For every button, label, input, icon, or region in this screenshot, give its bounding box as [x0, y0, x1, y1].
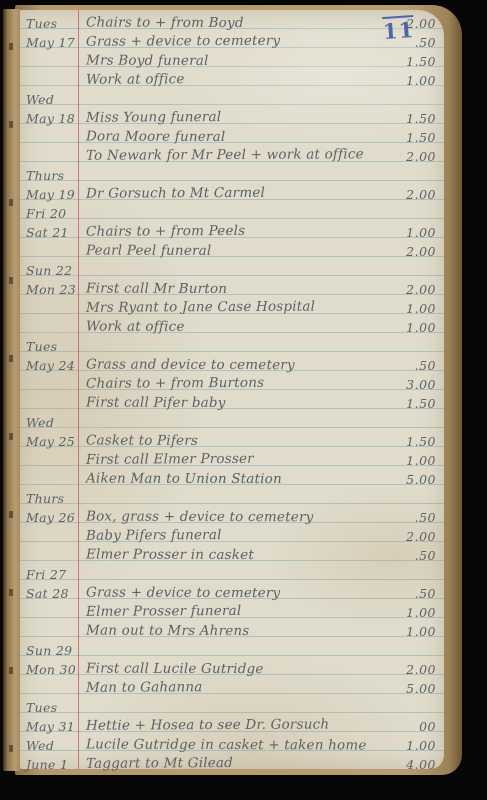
entry-date-label: May 25	[20, 434, 76, 449]
entry-amount: 1.50	[388, 111, 444, 126]
entry-description: Chairs to + from Peels	[76, 222, 388, 240]
ledger-row: Mon 23 First call Mr Burton 2.00	[20, 278, 444, 297]
entry-amount: 1.00	[388, 225, 444, 240]
entry-amount: 3.00	[388, 377, 444, 392]
ledger-row: Sun 22	[20, 259, 444, 278]
entry-date-label: Tues	[20, 700, 76, 715]
entry-amount: 1.00	[388, 605, 444, 620]
entry-date-label: Sun 22	[20, 263, 76, 278]
ledger-row: Man to Gahanna 5.00	[20, 677, 444, 696]
ledger-row: May 24 Grass and device to cemetery .50	[20, 354, 444, 373]
book-binding-edge	[3, 9, 20, 771]
entry-date-label: Sun 29	[20, 643, 76, 658]
entry-date-label: Sat 28	[20, 586, 76, 601]
ledger-row: Work at office 1.00	[20, 316, 444, 335]
ledger-row: Baby Pifers funeral 2.00	[20, 525, 444, 544]
ledger-row: First call Pifer baby 1.50	[20, 392, 444, 411]
ledger-row: Work at office 1.00	[20, 69, 444, 88]
entry-date-label: Thurs	[20, 491, 76, 506]
entry-amount: 5.00	[388, 681, 444, 696]
entry-description: Man out to Mrs Ahrens	[76, 622, 388, 639]
entry-date-label: June 1	[20, 757, 76, 772]
ledger-row: Tues Chairs to + from Boyd 2.00	[20, 12, 444, 31]
ledger-entries: Tues Chairs to + from Boyd 2.00 May 17 G…	[20, 12, 444, 772]
entry-date-label: Wed	[20, 738, 76, 753]
ledger-row: Wed Lucile Gutridge in casket + taken ho…	[20, 734, 444, 753]
entry-description: Pearl Peel funeral	[76, 242, 388, 259]
ledger-row: May 25 Casket to Pifers 1.50	[20, 430, 444, 449]
ledger-row: Fri 27	[20, 563, 444, 582]
entry-date-label: May 18	[20, 111, 76, 126]
ledger-row: June 1 Taggart to Mt Gilead 4.00	[20, 753, 444, 772]
entry-description: First call Mr Burton	[76, 280, 388, 297]
ledger-row: Mrs Boyd funeral 1.50	[20, 50, 444, 69]
entry-date-label: Fri 20	[20, 206, 76, 221]
entry-description: Mrs Ryant to Jane Case Hospital	[76, 298, 388, 316]
entry-amount: 1.50	[388, 396, 444, 411]
entry-date-label: May 17	[20, 35, 76, 50]
ledger-row: Thurs	[20, 487, 444, 506]
entry-description: Dr Gorsuch to Mt Carmel	[76, 184, 388, 202]
entry-amount: .50	[388, 586, 444, 601]
entry-description: Taggart to Mt Gilead	[76, 754, 388, 772]
ledger-row: Wed	[20, 88, 444, 107]
ledger-row: Tues	[20, 696, 444, 715]
ledger-row: Sat 21 Chairs to + from Peels 1.00	[20, 221, 444, 240]
entry-amount: 1.00	[388, 624, 444, 639]
entry-description: Work at office	[76, 318, 388, 335]
entry-date-label: May 19	[20, 187, 76, 202]
entry-date-label: Wed	[20, 92, 76, 107]
ledger-page: 11 Tues Chairs to + from Boyd 2.00 May 1…	[20, 10, 444, 769]
entry-date-label: Thurs	[20, 168, 76, 183]
entry-description: First call Elmer Prosser	[76, 450, 388, 468]
ledger-row: Wed	[20, 411, 444, 430]
entry-amount: 1.00	[388, 320, 444, 335]
entry-amount: 00	[388, 719, 444, 734]
ledger-row: May 19 Dr Gorsuch to Mt Carmel 2.00	[20, 183, 444, 202]
entry-description: Lucile Gutridge in casket + taken home	[76, 736, 388, 753]
entry-amount: 1.50	[388, 54, 444, 69]
ledger-row: Chairs to + from Burtons 3.00	[20, 373, 444, 392]
entry-amount: .50	[388, 510, 444, 525]
entry-amount: 2.00	[388, 244, 444, 259]
entry-amount: 2.00	[388, 187, 444, 202]
entry-date-label: Fri 27	[20, 567, 76, 582]
ledger-row: May 31 Hettie + Hosea to see Dr. Gorsuch…	[20, 715, 444, 734]
ledger-row: Tues	[20, 335, 444, 354]
entry-date-label: Tues	[20, 16, 76, 31]
ledger-row: Elmer Prosser funeral 1.00	[20, 601, 444, 620]
entry-date-label: Mon 23	[20, 282, 76, 297]
entry-amount: 2.00	[388, 662, 444, 677]
entry-amount: 1.00	[388, 301, 444, 316]
entry-amount: 5.00	[388, 472, 444, 487]
entry-date-label: Mon 30	[20, 662, 76, 677]
entry-amount: 1.50	[388, 130, 444, 145]
ledger-row: Fri 20	[20, 202, 444, 221]
entry-description: Mrs Boyd funeral	[76, 52, 388, 69]
entry-amount: 2.00	[388, 16, 444, 31]
entry-description: Chairs to + from Burtons	[76, 374, 388, 392]
ledger-row: First call Elmer Prosser 1.00	[20, 449, 444, 468]
ledger-row: Elmer Prosser in casket .50	[20, 544, 444, 563]
entry-date-label: May 31	[20, 719, 76, 734]
entry-description: Grass and device to cemetery	[76, 356, 388, 373]
entry-description: Baby Pifers funeral	[76, 526, 388, 544]
entry-amount: 1.00	[388, 738, 444, 753]
entry-amount: 2.00	[388, 149, 444, 164]
ledger-row: May 18 Miss Young funeral 1.50	[20, 107, 444, 126]
entry-description: Elmer Prosser funeral	[76, 602, 388, 620]
ledger-row: Thurs	[20, 164, 444, 183]
ledger-row: Dora Moore funeral 1.50	[20, 126, 444, 145]
entry-description: Grass + device to cemetery	[76, 32, 388, 50]
ledger-row: May 26 Box, grass + device to cemetery .…	[20, 506, 444, 525]
entry-description: To Newark for Mr Peel + work at office	[76, 146, 388, 164]
entry-date-label: May 26	[20, 510, 76, 525]
ledger-row: Mrs Ryant to Jane Case Hospital 1.00	[20, 297, 444, 316]
ledger-row: Pearl Peel funeral 2.00	[20, 240, 444, 259]
entry-description: Casket to Pifers	[76, 432, 388, 449]
entry-date-label: Tues	[20, 339, 76, 354]
entry-date-label: Sat 21	[20, 225, 76, 240]
ledger-row: Aiken Man to Union Station 5.00	[20, 468, 444, 487]
entry-amount: 1.50	[388, 434, 444, 449]
entry-amount: 2.00	[388, 282, 444, 297]
entry-description: Man to Gahanna	[76, 678, 388, 696]
entry-description: Dora Moore funeral	[76, 128, 388, 145]
entry-amount: 1.00	[388, 453, 444, 468]
entry-description: Elmer Prosser in casket	[76, 546, 388, 563]
entry-date-label: May 24	[20, 358, 76, 373]
ledger-row: Sun 29	[20, 639, 444, 658]
entry-amount: .50	[388, 358, 444, 373]
entry-description: Aiken Man to Union Station	[76, 470, 388, 487]
entry-description: Work at office	[76, 70, 388, 88]
entry-description: Box, grass + device to cemetery	[76, 508, 388, 525]
entry-description: Miss Young funeral	[76, 108, 388, 126]
entry-description: Hettie + Hosea to see Dr. Gorsuch	[76, 716, 388, 734]
ledger-row: Mon 30 First call Lucile Gutridge 2.00	[20, 658, 444, 677]
ledger-row: May 17 Grass + device to cemetery .50	[20, 31, 444, 50]
entry-amount: 1.00	[388, 73, 444, 88]
entry-description: First call Lucile Gutridge	[76, 660, 388, 677]
entry-amount: 2.00	[388, 529, 444, 544]
ledger-row: To Newark for Mr Peel + work at office 2…	[20, 145, 444, 164]
entry-amount: 4.00	[388, 757, 444, 772]
ledger-row: Man out to Mrs Ahrens 1.00	[20, 620, 444, 639]
entry-date-label: Wed	[20, 415, 76, 430]
entry-description: First call Pifer baby	[76, 394, 388, 411]
entry-description: Grass + device to cemetery	[76, 584, 388, 601]
entry-description: Chairs to + from Boyd	[76, 14, 388, 31]
ledger-row: Sat 28 Grass + device to cemetery .50	[20, 582, 444, 601]
entry-amount: .50	[388, 35, 444, 50]
entry-amount: .50	[388, 548, 444, 563]
